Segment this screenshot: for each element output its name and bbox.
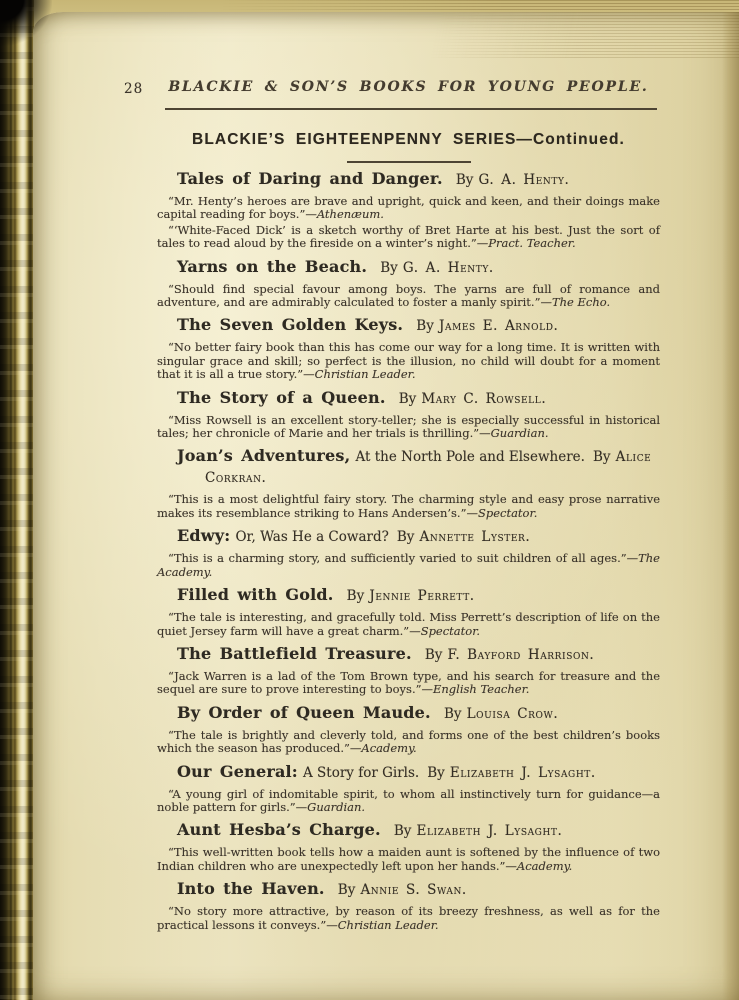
- byline: By: [416, 318, 434, 334]
- review-source: —Academy.: [350, 741, 417, 755]
- review-quote: “No better fairy book than this has come…: [157, 341, 660, 381]
- review-source: —Spectator.: [409, 624, 480, 638]
- book-title-line: The Battlefield Treasure. By F. Bayford …: [177, 644, 660, 665]
- review-quote: “No story more attractive, by reason of …: [157, 905, 660, 932]
- book-author: Louisa Crow.: [467, 706, 559, 722]
- book-title: The Battlefield Treasure.: [177, 644, 412, 663]
- review-source: —Academy.: [505, 859, 572, 873]
- page-header: 28 BLACKIE & SON’S BOOKS FOR YOUNG PEOPL…: [157, 79, 660, 96]
- book-title-line: Into the Haven. By Annie S. Swan.: [177, 879, 660, 900]
- review-quote: “Miss Rowsell is an excellent story-tell…: [157, 414, 660, 441]
- book-author: G. A. Henty.: [403, 260, 494, 276]
- book-title-line: By Order of Queen Maude. By Louisa Crow.: [177, 703, 660, 724]
- book-title-line: Joan’s Adventures, At the North Pole and…: [177, 446, 660, 488]
- review-quote: “Jack Warren is a lad of the Tom Brown t…: [157, 670, 660, 697]
- byline: By: [380, 260, 398, 276]
- book-subtitle: Or, Was He a Coward?: [235, 529, 388, 545]
- review-text: “Jack Warren is a lad of the Tom Brown t…: [157, 669, 660, 696]
- book-title: Filled with Gold.: [177, 585, 334, 604]
- book-title: Into the Haven.: [177, 879, 325, 898]
- book-title: Joan’s Adventures,: [177, 446, 350, 465]
- book-entry: Tales of Daring and Danger. By G. A. Hen…: [157, 169, 660, 251]
- book-author: G. A. Henty.: [479, 172, 570, 188]
- book-subtitle: At the North Pole and Elsewhere.: [356, 449, 585, 465]
- book-entry: The Story of a Queen. By Mary C. Rowsell…: [157, 388, 660, 441]
- book-title: Our General:: [177, 762, 298, 781]
- review-text: “This well-written book tells how a maid…: [157, 845, 660, 872]
- book-entry-list: Tales of Daring and Danger. By G. A. Hen…: [157, 169, 660, 932]
- book-title-line: The Seven Golden Keys. By James E. Arnol…: [177, 315, 660, 336]
- photo-corner-shadow: [0, 0, 52, 46]
- review-quote: “Mr. Henty’s heroes are brave and uprigh…: [157, 195, 660, 222]
- book-title: Yarns on the Beach.: [177, 257, 367, 276]
- book-entry: Aunt Hesba’s Charge. By Elizabeth J. Lys…: [157, 820, 660, 873]
- book-author: James E. Arnold.: [439, 318, 558, 334]
- running-title: BLACKIE & SON’S BOOKS FOR YOUNG PEOPLE.: [157, 79, 660, 95]
- review-source: —Christian Leader.: [303, 367, 415, 381]
- book-title-line: Edwy: Or, Was He a Coward?By Annette Lys…: [177, 526, 660, 547]
- book-title-line: Our General: A Story for Girls.By Elizab…: [177, 762, 660, 783]
- book-title: By Order of Queen Maude.: [177, 703, 431, 722]
- book-author: Mary C. Rowsell.: [421, 391, 546, 407]
- byline: By: [456, 172, 474, 188]
- page-edge-striations: [315, 12, 739, 58]
- book-entry: Joan’s Adventures, At the North Pole and…: [157, 446, 660, 520]
- review-quote: “‘White-Faced Dick’ is a sketch worthy o…: [157, 224, 660, 251]
- review-source: —Athenæum.: [305, 207, 384, 221]
- review-source: —Christian Leader.: [326, 918, 438, 932]
- book-author: Annette Lyster.: [420, 529, 531, 545]
- review-quote: “This is a charming story, and sufficien…: [157, 552, 660, 579]
- book-title: Aunt Hesba’s Charge.: [177, 820, 381, 839]
- byline: By: [427, 765, 445, 781]
- byline: By: [347, 588, 365, 604]
- book-title: The Story of a Queen.: [177, 388, 386, 407]
- printed-content: 28 BLACKIE & SON’S BOOKS FOR YOUNG PEOPL…: [157, 79, 660, 934]
- book-title: Edwy:: [177, 526, 230, 545]
- book-title-line: Yarns on the Beach. By G. A. Henty.: [177, 257, 660, 278]
- review-text: “‘White-Faced Dick’ is a sketch worthy o…: [157, 223, 660, 250]
- book-entry: The Battlefield Treasure. By F. Bayford …: [157, 644, 660, 697]
- heading-rule: [347, 161, 471, 163]
- book-entry: Yarns on the Beach. By G. A. Henty. “Sho…: [157, 257, 660, 310]
- book-entry: The Seven Golden Keys. By James E. Arnol…: [157, 315, 660, 381]
- book-entry: Filled with Gold. By Jennie Perrett. “Th…: [157, 585, 660, 638]
- book-author: F. Bayford Harrison.: [447, 647, 594, 663]
- section-heading: BLACKIE’S EIGHTEENPENNY SERIES—Continued…: [157, 131, 660, 149]
- book-title-line: Tales of Daring and Danger. By G. A. Hen…: [177, 169, 660, 190]
- book-title-line: The Story of a Queen. By Mary C. Rowsell…: [177, 388, 660, 409]
- byline: By: [394, 823, 412, 839]
- book-entry: Edwy: Or, Was He a Coward?By Annette Lys…: [157, 526, 660, 579]
- book-title-line: Aunt Hesba’s Charge. By Elizabeth J. Lys…: [177, 820, 660, 841]
- review-text: “Mr. Henty’s heroes are brave and uprigh…: [157, 194, 660, 221]
- book-binding-edge: [0, 0, 34, 1000]
- book-title: The Seven Golden Keys.: [177, 315, 403, 334]
- byline: By: [399, 391, 417, 407]
- byline: By: [338, 882, 356, 898]
- page-right-shadow: [722, 12, 739, 1000]
- book-author: Elizabeth J. Lysaght.: [417, 823, 563, 839]
- review-quote: “This well-written book tells how a maid…: [157, 846, 660, 873]
- page-number: 28: [124, 81, 143, 97]
- review-text: “A young girl of indomitable spirit, to …: [157, 787, 660, 814]
- review-source: —Guardian.: [479, 426, 548, 440]
- review-source: —The Echo.: [540, 295, 610, 309]
- book-title: Tales of Daring and Danger.: [177, 169, 443, 188]
- book-entry: Our General: A Story for Girls.By Elizab…: [157, 762, 660, 815]
- review-quote: “The tale is interesting, and gracefully…: [157, 611, 660, 638]
- review-source: —Pract. Teacher.: [477, 236, 576, 250]
- book-subtitle: A Story for Girls.: [303, 765, 419, 781]
- review-quote: “Should find special favour among boys. …: [157, 283, 660, 310]
- book-entry: Into the Haven. By Annie S. Swan. “No st…: [157, 879, 660, 932]
- review-text: “This is a charming story, and sufficien…: [168, 551, 627, 565]
- book-title-line: Filled with Gold. By Jennie Perrett.: [177, 585, 660, 606]
- review-source: —Guardian.: [296, 800, 365, 814]
- book-author: Elizabeth J. Lysaght.: [450, 765, 596, 781]
- review-source: —English Teacher.: [422, 682, 530, 696]
- byline: By: [593, 449, 611, 465]
- review-quote: “This is a most delightful fairy story. …: [157, 493, 660, 520]
- book-entry: By Order of Queen Maude. By Louisa Crow.…: [157, 703, 660, 756]
- book-author: Annie S. Swan.: [360, 882, 466, 898]
- review-quote: “The tale is brightly and cleverly told,…: [157, 729, 660, 756]
- byline: By: [397, 529, 415, 545]
- review-text: “This is a most delightful fairy story. …: [157, 492, 660, 519]
- header-rule: [165, 108, 657, 110]
- byline: By: [444, 706, 462, 722]
- book-author: Jennie Perrett.: [369, 588, 474, 604]
- byline: By: [425, 647, 443, 663]
- review-text: “Miss Rowsell is an excellent story-tell…: [157, 413, 660, 440]
- review-source: —Spectator.: [466, 506, 537, 520]
- review-quote: “A young girl of indomitable spirit, to …: [157, 788, 660, 815]
